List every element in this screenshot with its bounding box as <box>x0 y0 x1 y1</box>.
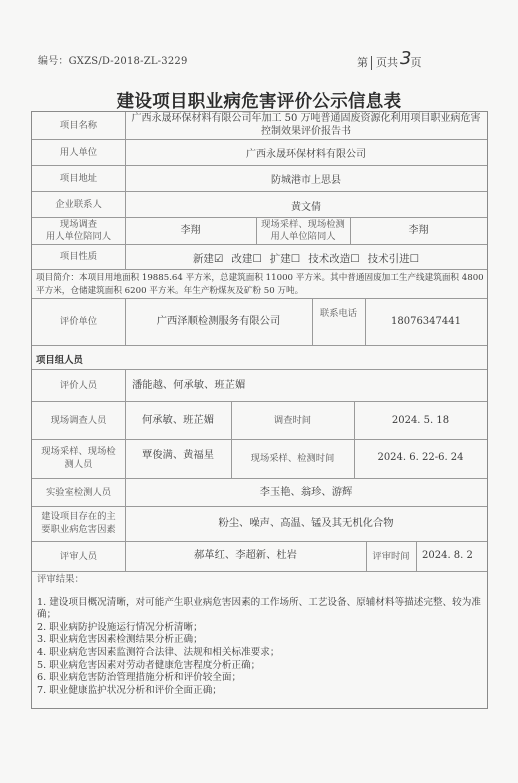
review-result-item: 4. 职业病危害因素监测符合法律、法规和相关标准要求； <box>37 647 485 660</box>
handwritten-page-mark <box>371 56 372 70</box>
nature-option-new[interactable]: 新建☑ <box>193 253 223 266</box>
sampling-escort-label-line1: 现场采样、现场检测 <box>261 219 345 231</box>
document-number-label: 编号： <box>38 56 69 67</box>
evaluator-label: 评价单位 <box>32 298 125 345</box>
checkbox-empty-icon[interactable]: ☐ <box>350 253 359 265</box>
sampling-escort-value: 李翔 <box>350 217 487 244</box>
sampling-staff-label: 现场采样、现场检 测人员 <box>32 439 125 478</box>
review-result-item: 7. 职业健康监护状况分析和评价全面正确； <box>37 685 485 698</box>
assessors-value: 潘能越、何承敏、班芷媚 <box>125 369 487 401</box>
hazards-label-line2: 要职业病危害因素 <box>41 524 115 537</box>
nature-option-new-label: 新建 <box>193 253 214 265</box>
page-suffix: 页 <box>410 56 421 69</box>
contact-value: 黄文倩 <box>125 191 487 217</box>
page-indicator: 第页共3页 <box>357 50 421 71</box>
document-number-value: GXZS/D-2018-ZL-3229 <box>69 56 188 67</box>
review-result-item: 1. 建设项目概况清晰，对可能产生职业病危害因素的工作场所、工艺设备、原辅材料等… <box>37 597 485 622</box>
review-results: 评审结果： 1. 建设项目概况清晰，对可能产生职业病危害因素的工作场所、工艺设备… <box>37 574 485 697</box>
info-table: 项目名称 广西永晟环保材料有限公司年加工 50 万吨普通固废资源化利用项目职业病… <box>31 111 488 709</box>
survey-time-label: 调查时间 <box>231 401 354 439</box>
sampling-escort-label: 现场采样、现场检测 用人单位陪同人 <box>256 217 350 244</box>
hazards-value: 粉尘、噪声、高温、锰及其无机化合物 <box>125 506 487 541</box>
address-value: 防城港市上思县 <box>125 165 487 191</box>
review-result-item: 3. 职业病危害因素检测结果分析正确； <box>37 634 485 647</box>
document-number: 编号：GXZS/D-2018-ZL-3229 <box>38 52 188 67</box>
survey-escort-label-line1: 现场调查 <box>60 219 97 231</box>
handwritten-page-total: 3 <box>400 48 411 69</box>
hazards-label: 建设项目存在的主 要职业病危害因素 <box>32 506 125 541</box>
survey-time-value: 2024. 5. 18 <box>354 401 487 439</box>
project-nature-options: 新建☑ 改建☐ 扩建☐ 技术改造☐ 技术引进☐ <box>125 244 487 269</box>
survey-escort-label: 现场调查 用人单位陪同人 <box>32 217 125 244</box>
lab-staff-label: 实验室检测人员 <box>32 478 125 506</box>
nature-option-expand-label: 扩建 <box>270 253 291 265</box>
project-name-label: 项目名称 <box>32 112 125 139</box>
employer-value: 广西永晟环保材料有限公司 <box>125 139 487 165</box>
review-result-item: 5. 职业病危害因素对劳动者健康危害程度分析正确； <box>37 660 485 673</box>
review-results-heading: 评审结果： <box>37 574 485 587</box>
project-group-heading: 项目组人员 <box>36 352 83 366</box>
reviewers-label: 评审人员 <box>32 541 125 571</box>
survey-escort-label-line2: 用人单位陪同人 <box>46 231 111 243</box>
review-time-value: 2024. 8. 2 <box>416 541 487 571</box>
assessors-label: 评价人员 <box>32 369 125 401</box>
checkbox-empty-icon[interactable]: ☐ <box>410 253 419 265</box>
sampling-staff-label-line1: 现场采样、现场检 <box>41 446 115 459</box>
evaluator-value: 广西泽顺检测服务有限公司 <box>125 298 312 345</box>
checkbox-empty-icon[interactable]: ☐ <box>291 253 300 265</box>
lab-staff-value: 李玉艳、翁珍、游辉 <box>125 478 487 506</box>
reviewers-value: 郝革红、李超新、杜岩 <box>125 541 366 571</box>
address-label: 项目地址 <box>32 165 125 191</box>
nature-option-expand[interactable]: 扩建☐ <box>270 253 300 266</box>
review-result-item: 2. 职业病防护设施运行情况分析清晰； <box>37 622 485 635</box>
page-title: 建设项目职业病危害评价公示信息表 <box>0 88 518 113</box>
survey-staff-label: 现场调查人员 <box>32 401 125 439</box>
checkbox-checked-icon[interactable]: ☑ <box>214 253 223 265</box>
survey-staff-value: 何承敏、班芷媚 <box>125 401 231 439</box>
survey-escort-value: 李翔 <box>125 217 256 244</box>
employer-label: 用人单位 <box>32 139 125 165</box>
review-time-label: 评审时间 <box>366 541 416 571</box>
page-middle: 页共 <box>376 56 398 69</box>
phone-label: 联系电话 <box>312 298 365 345</box>
nature-option-tech-upgrade[interactable]: 技术改造☐ <box>308 253 359 266</box>
sampling-escort-label-line2: 用人单位陪同人 <box>270 231 335 243</box>
nature-option-tech-import-label: 技术引进 <box>368 253 410 265</box>
project-intro: 项目简介：本项目用地面积 19885.64 平方米，总建筑面积 11000 平方… <box>36 272 486 298</box>
page-prefix: 第 <box>357 56 368 69</box>
project-nature-label: 项目性质 <box>32 244 125 269</box>
sampling-time-value: 2024. 6. 22-6. 24 <box>354 439 487 478</box>
project-name-value: 广西永晟环保材料有限公司年加工 50 万吨普通固废资源化利用项目职业病危害控制效… <box>125 112 487 139</box>
nature-option-rebuild[interactable]: 改建☐ <box>231 253 261 266</box>
nature-option-tech-upgrade-label: 技术改造 <box>308 253 350 265</box>
sampling-time-label: 现场采样、检测时间 <box>231 439 354 478</box>
sampling-staff-value: 覃俊满、黄福星 <box>125 439 231 478</box>
nature-option-tech-import[interactable]: 技术引进☐ <box>368 253 419 266</box>
hazards-label-line1: 建设项目存在的主 <box>41 511 115 524</box>
checkbox-empty-icon[interactable]: ☐ <box>252 253 261 265</box>
review-result-item: 6. 职业病危害防治管理措施分析和评价较全面； <box>37 672 485 685</box>
phone-value: 18076347441 <box>365 298 487 345</box>
contact-label: 企业联系人 <box>32 191 125 217</box>
nature-option-rebuild-label: 改建 <box>231 253 252 265</box>
sampling-staff-label-line2: 测人员 <box>65 459 93 472</box>
